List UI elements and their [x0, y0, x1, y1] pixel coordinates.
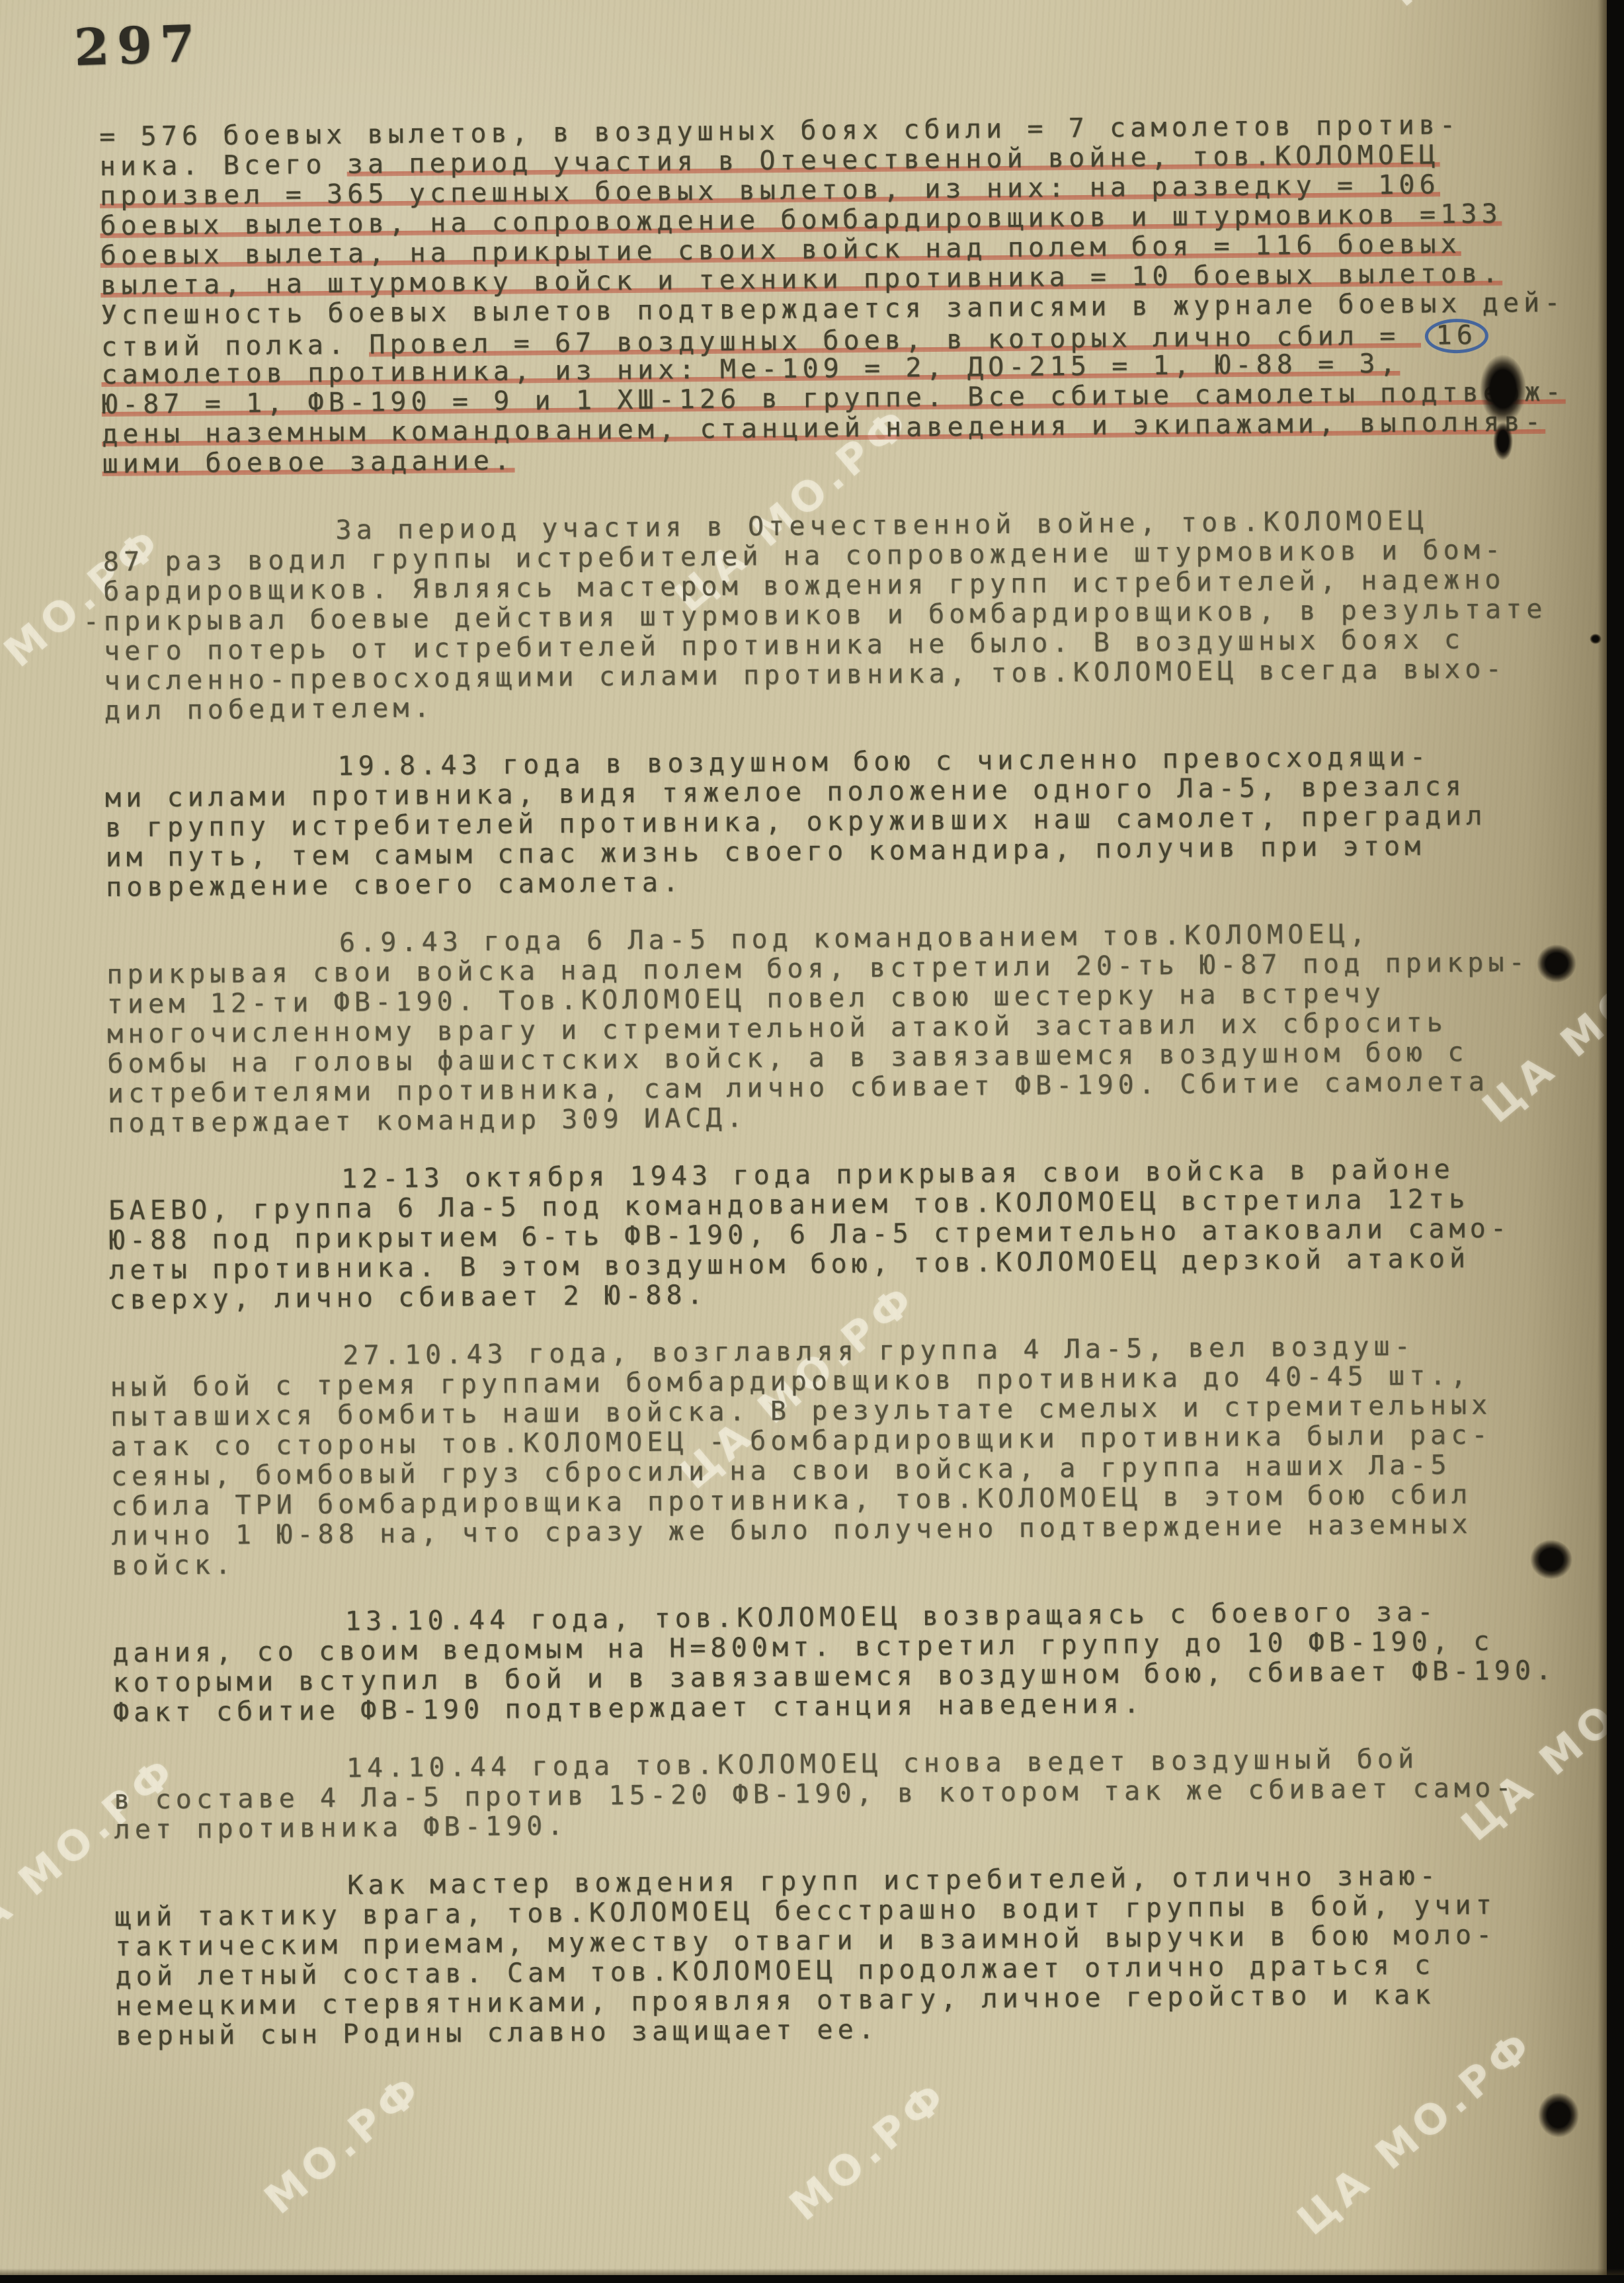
archive-watermark: МО.РФ — [1379, 0, 1557, 16]
punch-hole — [1537, 944, 1576, 983]
page-edge-shadow — [0, 2268, 1624, 2275]
typewritten-text-block: = 576 боевых вылетов, в воздушных боях с… — [99, 110, 1544, 2052]
scan-background-right — [1607, 0, 1624, 2283]
punch-hole — [1538, 2093, 1579, 2138]
punch-hole — [1493, 422, 1513, 460]
scan-background-bottom — [0, 2275, 1624, 2283]
archive-watermark: МО.РФ — [780, 2070, 958, 2230]
page-number: 297 — [73, 14, 204, 77]
paragraph: = 576 боевых вылетов, в воздушных боях с… — [99, 110, 1531, 479]
paragraph: 6.9.43 года 6 Ла-5 под командованием тов… — [106, 918, 1537, 1139]
paragraph: 12-13 октября 1943 года прикрывая свои в… — [108, 1154, 1538, 1315]
archive-watermark: МО.РФ — [255, 2063, 433, 2223]
archive-watermark: ЦА МО.РФ — [1288, 2019, 1544, 2245]
paragraph: 27.10.43 года, возглавляя группа 4 Ла-5,… — [110, 1331, 1540, 1581]
red-underlined-text: шими боевое задание. — [102, 446, 514, 479]
scanned-document-page: 297 МО.РФМО.РФЦА МО.РФЦА МО.РФЦА МО.РФЦА… — [0, 0, 1624, 2283]
blue-circle-annotation: 16 — [1424, 319, 1488, 354]
paragraph: Как мастер вождения групп истребителей, … — [114, 1860, 1544, 2052]
text-span: ника. Всего — [99, 149, 347, 182]
paragraph: За период участия в Отечественной войне,… — [102, 505, 1533, 726]
paragraph: 13.10.44 года, тов.КОЛОМОЕЦ возвращаясь … — [112, 1597, 1541, 1728]
punch-hole — [1530, 1540, 1572, 1579]
archive-watermark: МО.РФ — [264, 0, 442, 9]
paragraph: 14.10.44 года тов.КОЛОМОЕЦ снова ведет в… — [114, 1743, 1543, 1845]
paragraph: 19.8.43 года в воздушном бою с численно … — [104, 741, 1534, 903]
page-edge-shadow — [1598, 0, 1607, 2283]
punch-hole — [1480, 354, 1526, 423]
